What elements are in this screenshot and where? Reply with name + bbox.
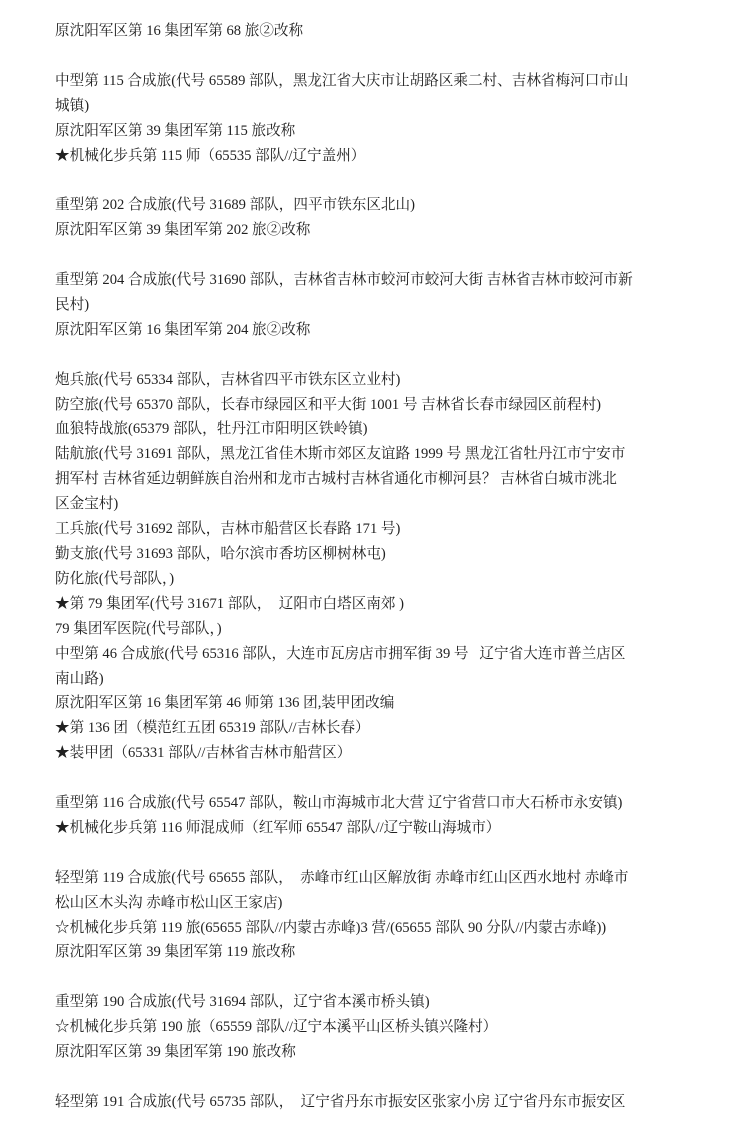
doc-line-05: 原沈阳军区第 39 集团军第 115 旅改称 [55, 119, 702, 144]
doc-line-19: 拥军村 吉林省延边朝鲜族自治州和龙市古城村吉林省通化市柳河县？ 吉林省白城市洮北 [55, 467, 702, 492]
blank-line [55, 44, 702, 69]
doc-line-22: 勤支旅(代号 31693 部队，哈尔滨市香坊区柳树林屯) [55, 542, 702, 567]
doc-line-38: 原沈阳军区第 39 集团军第 119 旅改称 [55, 940, 702, 965]
blank-line [55, 343, 702, 368]
doc-line-21: 工兵旅(代号 31692 部队，吉林市船营区长春路 171 号) [55, 517, 702, 542]
doc-line-04: 城镇) [55, 94, 702, 119]
doc-line-33: ★机械化步兵第 116 师混成师（红军师 65547 部队//辽宁鞍山海城市） [55, 816, 702, 841]
doc-line-41: ☆机械化步兵第 190 旅（65559 部队//辽宁本溪平山区桥头镇兴隆村） [55, 1015, 702, 1040]
doc-line-09: 原沈阳军区第 39 集团军第 202 旅②改称 [55, 218, 702, 243]
blank-line [55, 243, 702, 268]
doc-line-03: 中型第 115 合成旅(代号 65589 部队，黑龙江省大庆市让胡路区乘二村、吉… [55, 69, 702, 94]
doc-line-25: 79 集团军医院(代号部队，) [55, 617, 702, 642]
doc-line-08: 重型第 202 合成旅(代号 31689 部队，四平市铁东区北山) [55, 193, 702, 218]
doc-line-12: 民村) [55, 293, 702, 318]
doc-line-32: 重型第 116 合成旅(代号 65547 部队，鞍山市海城市北大营 辽宁省营口市… [55, 791, 702, 816]
doc-line-23: 防化旅(代号部队，) [55, 567, 702, 592]
doc-line-16: 防空旅(代号 65370 部队，长春市绿园区和平大街 1001 号 吉林省长春市… [55, 393, 702, 418]
doc-line-44: 轻型第 191 合成旅(代号 65735 部队， 辽宁省丹东市振安区张家小房 辽… [55, 1090, 702, 1115]
blank-line [55, 766, 702, 791]
doc-line-30: ★装甲团（65331 部队//吉林省吉林市船营区） [55, 741, 702, 766]
doc-line-42: 原沈阳军区第 39 集团军第 190 旅改称 [55, 1040, 702, 1065]
doc-line-37: ☆机械化步兵第 119 旅(65655 部队//内蒙古赤峰)3 营/(65655… [55, 916, 702, 941]
doc-line-35: 轻型第 119 合成旅(代号 65655 部队， 赤峰市红山区解放街 赤峰市红山… [55, 866, 702, 891]
doc-line-13: 原沈阳军区第 16 集团军第 204 旅②改称 [55, 318, 702, 343]
doc-line-15: 炮兵旅(代号 65334 部队，吉林省四平市铁东区立业村) [55, 368, 702, 393]
doc-line-29: ★第 136 团（模范红五团 65319 部队//吉林长春） [55, 716, 702, 741]
doc-line-28: 原沈阳军区第 16 集团军第 46 师第 136 团,装甲团改编 [55, 691, 702, 716]
doc-line-24: ★第 79 集团军(代号 31671 部队， 辽阳市白塔区南郊 ) [55, 592, 702, 617]
blank-line [55, 965, 702, 990]
blank-line [55, 841, 702, 866]
doc-line-26: 中型第 46 合成旅(代号 65316 部队，大连市瓦房店市拥军街 39 号 辽… [55, 642, 702, 667]
blank-line [55, 168, 702, 193]
doc-line-27: 南山路) [55, 667, 702, 692]
doc-line-01: 原沈阳军区第 16 集团军第 68 旅②改称 [55, 19, 702, 44]
document-page: 原沈阳军区第 16 集团军第 68 旅②改称 中型第 115 合成旅(代号 65… [0, 0, 750, 1127]
doc-line-11: 重型第 204 合成旅(代号 31690 部队，吉林省吉林市蛟河市蛟河大街 吉林… [55, 268, 702, 293]
doc-line-06: ★机械化步兵第 115 师（65535 部队//辽宁盖州） [55, 144, 702, 169]
blank-line [55, 1065, 702, 1090]
doc-line-18: 陆航旅(代号 31691 部队，黑龙江省佳木斯市郊区友谊路 1999 号 黑龙江… [55, 442, 702, 467]
doc-line-17: 血狼特战旅(65379 部队，牡丹江市阳明区铁岭镇) [55, 417, 702, 442]
doc-line-40: 重型第 190 合成旅(代号 31694 部队，辽宁省本溪市桥头镇) [55, 990, 702, 1015]
doc-line-36: 松山区木头沟 赤峰市松山区王家店) [55, 891, 702, 916]
doc-line-20: 区金宝村) [55, 492, 702, 517]
